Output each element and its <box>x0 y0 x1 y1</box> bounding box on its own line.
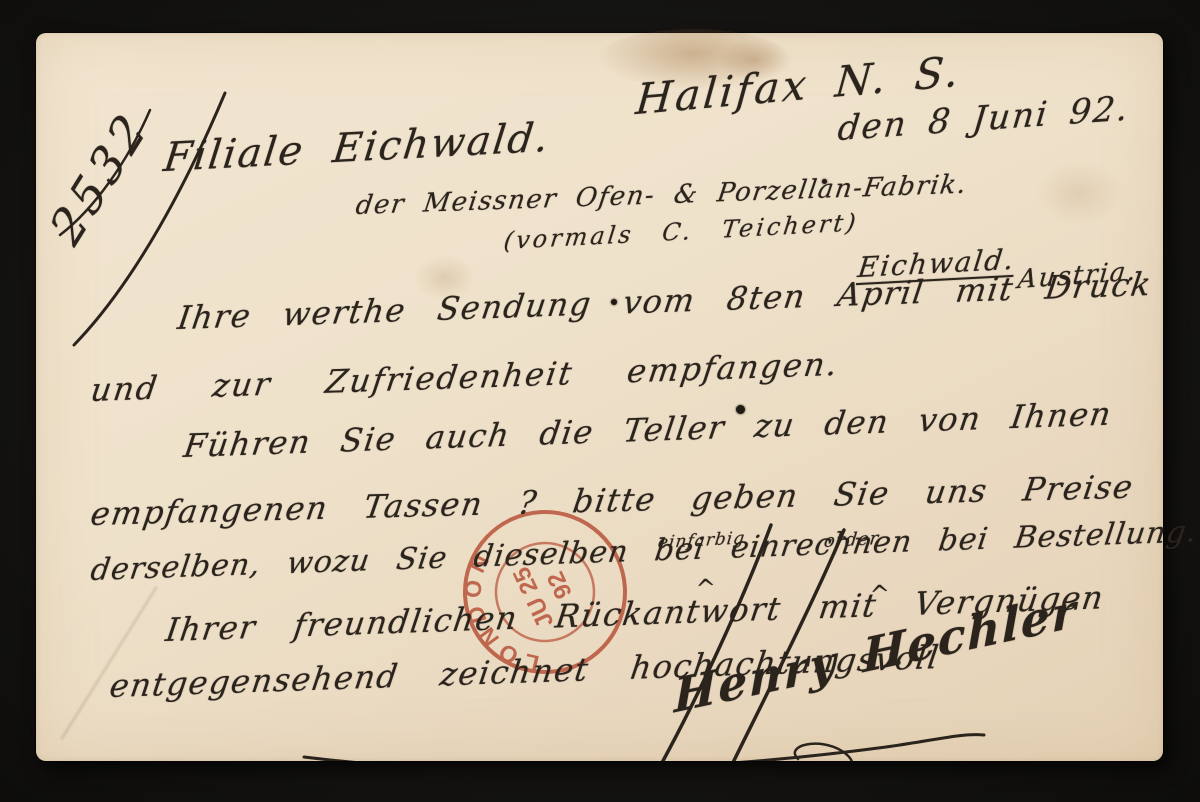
paper-stain <box>1036 161 1122 225</box>
recipient-line-company: der Meissner Ofen- & Porzellan-Fabrik. <box>354 170 969 222</box>
interlinear-insertion: order <box>823 528 881 552</box>
body-line: Ihre werthe Sendung vom 8ten April mit D… <box>175 265 1154 337</box>
body-line: und zur Zufriedenheit empfangen. <box>88 345 841 409</box>
signature-underline-loop <box>736 744 852 761</box>
signature-underline-flourish <box>304 735 984 761</box>
scanned-postcard-photo: LONDON JU 25 92 2532 Halifax N. S. den 8… <box>0 0 1200 802</box>
body-line: Führen Sie auch die Teller zu den von Ih… <box>181 394 1114 465</box>
postcard: LONDON JU 25 92 2532 Halifax N. S. den 8… <box>36 33 1163 761</box>
recipient-line-branch: Filiale Eichwald. <box>161 115 553 182</box>
paper-crease <box>59 585 159 741</box>
reference-number: 2532 <box>40 100 160 256</box>
recipient-line-formerly: (vormals C. Teichert) <box>502 208 860 255</box>
